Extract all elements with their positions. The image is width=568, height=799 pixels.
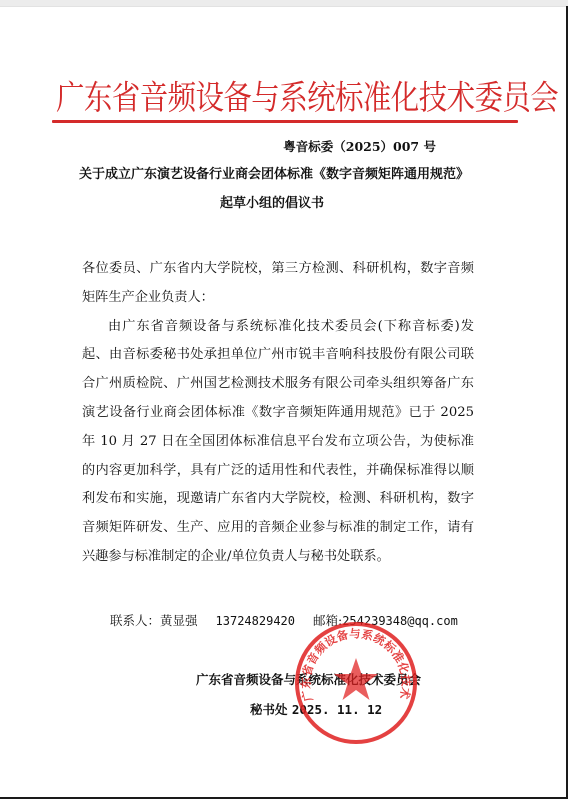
salutation: 各位委员、广东省内大学院校，第三方检测、科研机构，数字音频矩阵生产企业负责人： [82,255,474,313]
contact-name: 黄显强 [160,613,198,628]
contact-phone: 13724829420 [216,614,295,628]
email-label: 邮箱: [313,613,342,628]
svg-text:广东省音频设备与系统标准化技术委员会: 广东省音频设备与系统标准化技术委员会 [293,620,413,703]
contact-email-group: 邮箱:254239348@qq.com [313,613,458,628]
seal-text: 广东省音频设备与系统标准化技术委员会 [293,620,413,703]
letterhead-red-rule [52,120,518,123]
document-number: 粤音标委（2025）007 号 [283,137,436,155]
letterhead-organization: 广东省音频设备与系统标准化技术委员会 [56,71,518,119]
signature-date: 2025. 11. 12 [292,702,382,717]
document-title-line-1: 关于成立广东演艺设备行业商会团体标准《数字音频矩阵通用规范》 [0,163,558,182]
viewer-top-bar [0,0,568,7]
body-paragraph: 由广东省音频设备与系统标准化技术委员会(下称音标委)发起、由音标委秘书处承担单位… [82,313,474,572]
signature-office: 秘书处 [250,702,288,717]
signature-date-line: 秘书处 2025. 11. 12 [250,700,382,718]
signature-organization: 广东省音频设备与系统标准化技术委员会 [196,670,421,688]
contact-line: 联系人：黄显强 13724829420 邮箱:254239348@qq.com [110,611,458,629]
contact-person: 联系人：黄显强 [110,613,198,628]
document-body: 各位委员、广东省内大学院校，第三方检测、科研机构，数字音频矩阵生产企业负责人： … [82,255,474,572]
contact-email: 254239348@qq.com [342,614,458,628]
document-title-line-2: 起草小组的倡议书 [0,192,556,211]
contact-label: 联系人： [110,613,160,628]
